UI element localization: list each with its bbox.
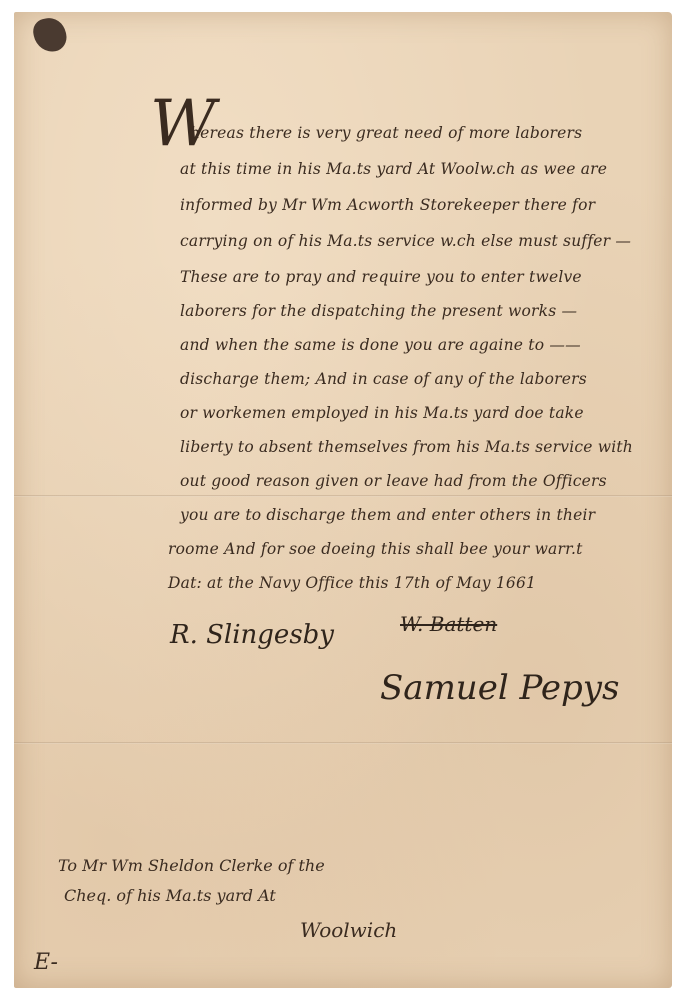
body-line: out good reason given or leave had from … <box>180 472 607 490</box>
document-sheet <box>14 12 672 988</box>
corner-stain <box>31 15 69 55</box>
body-line: These are to pray and require you to ent… <box>180 268 582 286</box>
address-line: Woolwich <box>300 918 397 942</box>
body-line: and when the same is done you are againe… <box>180 336 581 354</box>
body-line: carrying on of his Ma.ts service w.ch el… <box>180 232 631 250</box>
signature-pepys: Samuel Pepys <box>380 668 619 708</box>
body-line: liberty to absent themselves from his Ma… <box>180 438 633 456</box>
body-line: or workemen employed in his Ma.ts yard d… <box>180 404 584 422</box>
address-line: Cheq. of his Ma.ts yard At <box>64 886 276 905</box>
docket-mark: E- <box>34 950 58 975</box>
address-line: To Mr Wm Sheldon Clerke of the <box>58 856 325 875</box>
body-line: hereas there is very great need of more … <box>190 124 582 142</box>
body-line: laborers for the dispatching the present… <box>180 302 577 320</box>
fold-line-middle <box>14 495 672 497</box>
body-line: roome And for soe doeing this shall bee … <box>168 540 583 558</box>
body-line: you are to discharge them and enter othe… <box>180 506 595 524</box>
signature-slingesby: R. Slingesby <box>170 620 334 650</box>
signature-batten: W. Batten <box>400 612 497 636</box>
body-line: at this time in his Ma.ts yard At Woolw.… <box>180 160 607 178</box>
fold-line-lower <box>14 742 672 744</box>
body-line: discharge them; And in case of any of th… <box>180 370 587 388</box>
body-line: informed by Mr Wm Acworth Storekeeper th… <box>180 196 595 214</box>
dateline: Dat: at the Navy Office this 17th of May… <box>168 574 536 592</box>
